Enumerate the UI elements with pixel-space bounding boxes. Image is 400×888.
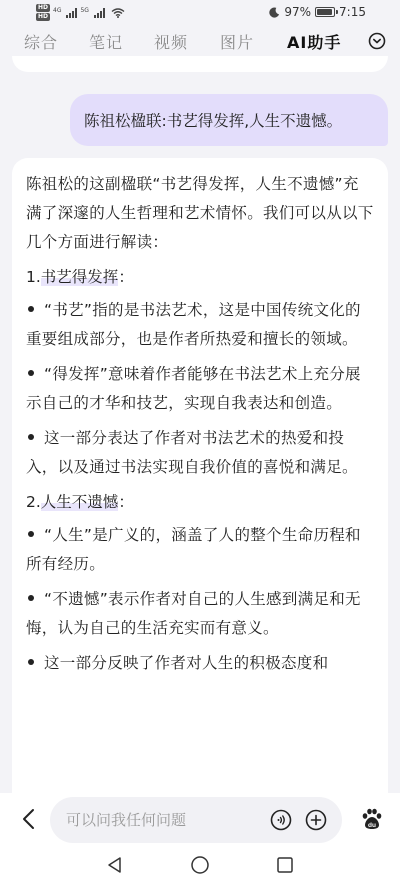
status-right-icons: 97% 7:15: [269, 5, 366, 19]
ai-answer-card: 陈祖松的这副楹联“书艺得发挥，人生不遗憾”充满了深邃的人生哲理和艺术情怀。我们可…: [12, 158, 388, 798]
tab-images[interactable]: 图片: [220, 30, 254, 53]
list-item: “书艺”指的是书法艺术，这是中国传统文化的重要组成部分，也是作者所热爱和擅长的领…: [26, 296, 374, 354]
status-left-icons: HD HD 4G 5G: [36, 4, 125, 21]
system-nav-bar: [0, 851, 400, 888]
battery-icon: [315, 7, 335, 17]
plus-circle-icon[interactable]: [305, 809, 327, 831]
baidu-paw-icon[interactable]: du: [360, 807, 384, 831]
list-item: 这一部分反映了作者对人生的积极态度和: [26, 649, 374, 678]
clock: 7:15: [339, 5, 366, 19]
previous-message-card: [12, 56, 388, 72]
section-number: 2.: [26, 493, 41, 511]
section-heading: 2.人生不遗憾：: [26, 488, 374, 517]
network-4g-label: 4G: [53, 7, 61, 14]
tab-comprehensive[interactable]: 综合: [24, 30, 58, 53]
bullet-icon: [28, 531, 34, 537]
hd-icon: HD: [36, 13, 50, 21]
list-item: “人生”是广义的，涵盖了人的整个生命历程和所有经历。: [26, 521, 374, 579]
wifi-icon: [111, 8, 125, 18]
bullet-icon: [28, 434, 34, 440]
signal-4g-icon: [66, 8, 77, 18]
tab-videos[interactable]: 视频: [154, 30, 188, 53]
list-item: 这一部分表达了作者对书法艺术的热爱和投入，以及通过书法实现自我价值的喜悦和满足。: [26, 424, 374, 482]
hd-icon: HD: [36, 4, 50, 12]
tab-notes[interactable]: 笔记: [89, 30, 123, 53]
section-title: 书艺得发挥: [41, 268, 119, 286]
bullet-icon: [28, 306, 34, 312]
tab-ai-assistant[interactable]: AI助手: [287, 30, 341, 53]
section-title: 人生不遗憾: [41, 493, 119, 511]
bullet-icon: [28, 659, 34, 665]
signal-5g-icon: [94, 8, 105, 18]
svg-text:du: du: [368, 822, 376, 829]
chevron-left-icon[interactable]: [18, 807, 40, 831]
moon-icon: [269, 7, 280, 18]
question-input-container: [50, 797, 342, 843]
home-circle-icon[interactable]: [190, 855, 210, 875]
question-input[interactable]: [66, 797, 266, 843]
voice-icon[interactable]: [270, 809, 292, 831]
bullet-icon: [28, 595, 34, 601]
back-triangle-icon[interactable]: [105, 855, 125, 875]
list-item: “得发挥”意味着作者能够在书法艺术上充分展示自己的才华和技艺，实现自我表达和创造…: [26, 360, 374, 418]
section-number: 1.: [26, 268, 41, 286]
recents-square-icon[interactable]: [275, 855, 295, 875]
chevron-down-circle-icon[interactable]: [368, 32, 386, 50]
bullet-icon: [28, 370, 34, 376]
user-message-text: 陈祖松楹联:书艺得发挥,人生不遗憾。: [84, 109, 342, 131]
section-heading: 1.书艺得发挥：: [26, 263, 374, 292]
input-bar: du: [0, 793, 400, 851]
hd-icons: HD HD: [36, 4, 50, 21]
network-5g-label: 5G: [80, 7, 88, 14]
tab-bar: 综合 笔记 视频 图片 AI助手: [0, 26, 400, 60]
status-bar: HD HD 4G 5G 97% 7:15: [0, 0, 400, 26]
battery-percent: 97%: [284, 5, 311, 19]
user-message-bubble: 陈祖松楹联:书艺得发挥,人生不遗憾。: [70, 94, 388, 146]
answer-intro: 陈祖松的这副楹联“书艺得发挥，人生不遗憾”充满了深邃的人生哲理和艺术情怀。我们可…: [26, 170, 374, 257]
list-item: “不遗憾”表示作者对自己的人生感到满足和无悔，认为自己的生活充实而有意义。: [26, 585, 374, 643]
